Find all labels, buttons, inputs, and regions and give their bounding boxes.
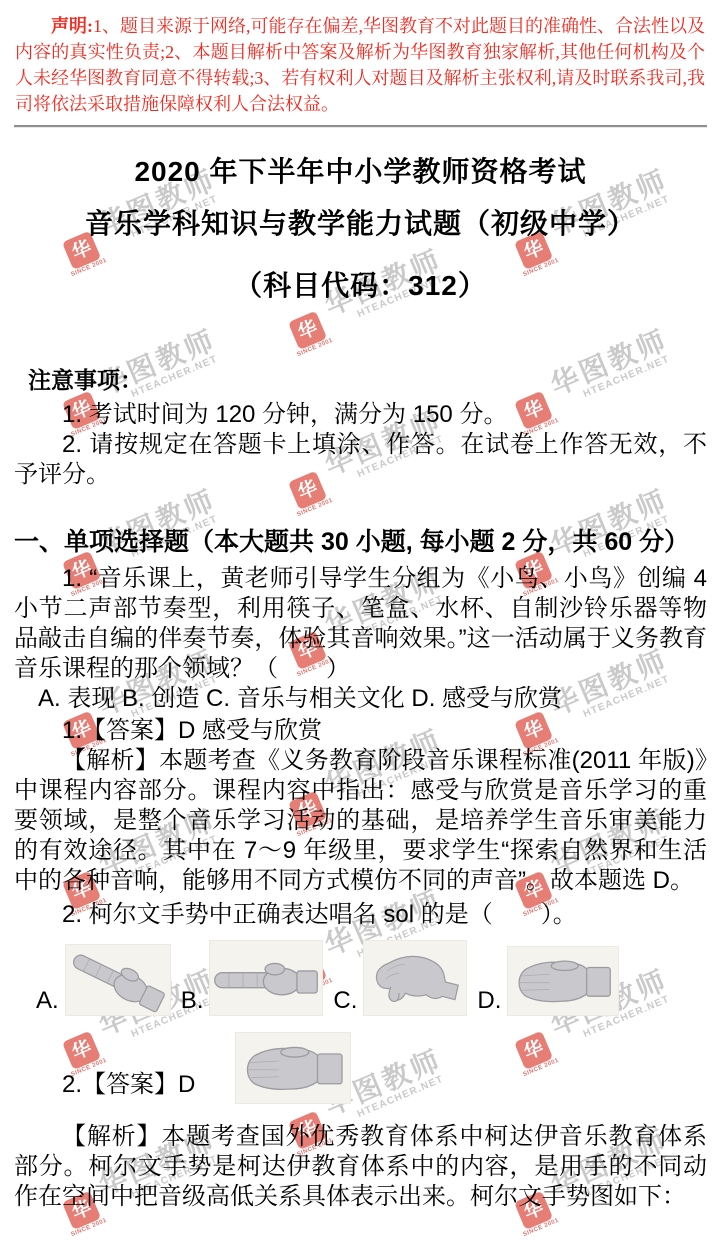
fist-hand-icon (511, 954, 615, 1008)
hand-sign-image-c (363, 940, 467, 1016)
question-2-option-images: A. B. (36, 940, 721, 1016)
question-1-stem: 1. “音乐课上，黄老师引导学生分组为《小鸟、小鸟》创编 4 小节二声部节奏型，… (14, 564, 707, 684)
notice-item-2: 2. 请按规定在答题卡上填涂、作答。在试卷上作答无效，不予评分。 (14, 430, 707, 490)
option-c-group: C. (333, 940, 467, 1016)
hand-sign-image-b (209, 940, 323, 1016)
hand-sign-image-answer (235, 1032, 351, 1104)
fist-hand-icon (240, 1040, 346, 1096)
notice-item-1: 1. 考试时间为 120 分钟，满分为 150 分。 (14, 400, 707, 430)
question-1-analysis: 【解析】本题考查《义务教育阶段音乐课程标准(2011 年版)》中课程内容部分。课… (14, 746, 707, 896)
page-title-line1: 2020 年下半年中小学教师资格考试 (0, 152, 721, 192)
question-2-answer-row: 2.【答案】D (14, 1032, 707, 1104)
disclaimer-text: 声明:1、题目来源于网络,可能存在偏差,华图教育不对此题目的准确性、合法性以及内… (0, 0, 721, 117)
question-2-analysis: 【解析】本题考查国外优秀教育体系中柯达伊音乐教育体系部分。柯尔文手势是柯达伊教育… (14, 1122, 707, 1212)
hand-sign-image-a (65, 944, 171, 1016)
option-b-group: B. (181, 940, 324, 1016)
option-a-group: A. (36, 944, 171, 1016)
page-title-line2: 音乐学科知识与教学能力试题（初级中学） (0, 204, 721, 244)
option-a-label: A. (36, 988, 59, 1014)
question-2-stem: 2. 柯尔文手势中正确表达唱名 sol 的是（ ）。 (14, 900, 707, 930)
notice-heading: 注意事项： (28, 364, 721, 396)
section-heading: 一、单项选择题（本大题共 30 小题, 每小题 2 分，共 60 分） (14, 524, 707, 560)
question-1-options: A. 表现 B. 创造 C. 音乐与相关文化 D. 感受与欣赏 (38, 684, 707, 714)
option-d-group: D. (477, 946, 619, 1016)
subject-code: （科目代码：312） (0, 266, 721, 306)
question-2-answer: 2.【答案】D (14, 1070, 195, 1100)
option-d-label: D. (477, 988, 501, 1014)
flat-hand-tilted-icon (60, 933, 174, 1027)
option-b-label: B. (181, 988, 204, 1014)
flat-hand-icon (213, 949, 319, 1007)
divider (14, 125, 707, 128)
disclaimer-body: 1、题目来源于网络,可能存在偏差,华图教育不对此题目的准确性、合法性以及内容的真… (15, 16, 705, 114)
option-c-label: C. (333, 988, 357, 1014)
question-1-answer: 1.【答案】D 感受与欣赏 (14, 716, 707, 746)
curved-hand-icon (367, 947, 463, 1009)
hand-sign-image-d (507, 946, 619, 1016)
disclaimer-label: 声明: (51, 16, 93, 36)
exam-document: 声明:1、题目来源于网络,可能存在偏差,华图教育不对此题目的准确性、合法性以及内… (0, 0, 721, 1212)
